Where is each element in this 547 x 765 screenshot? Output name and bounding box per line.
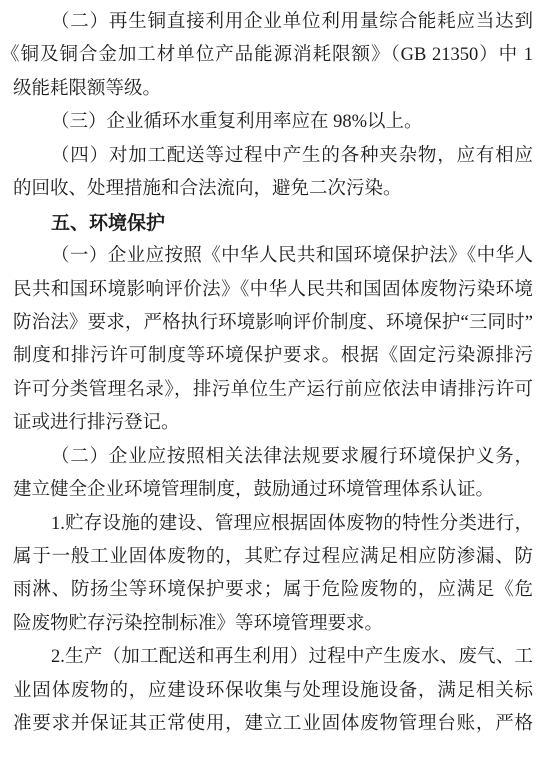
text-line: 1.贮存设施的建设、管理应根据固体废物的特性分类进行， bbox=[13, 508, 533, 541]
text-line: 制度和排污许可制度等环境保护要求。根据《固定污染源排污 bbox=[13, 340, 533, 373]
text-line: 级能耗限额等级。 bbox=[13, 73, 533, 106]
text-line: 业固体废物的，应建设环保收集与处理设施设备，满足相关标 bbox=[13, 675, 533, 708]
section-heading: 五、环境保护 bbox=[13, 207, 533, 240]
text-line: （四）对加工配送等过程中产生的各种夹杂物，应有相应 bbox=[13, 140, 533, 173]
text-line: 的回收、处理措施和合法流向，避免二次污染。 bbox=[13, 173, 533, 206]
text-line: 证或进行排污登记。 bbox=[13, 407, 533, 440]
text-line: 防治法》要求，严格执行环境影响评价制度、环境保护“三同时” bbox=[13, 307, 533, 340]
text-line: （二）再生铜直接利用企业单位利用量综合能耗应当达到 bbox=[13, 6, 533, 39]
text-line: 许可分类管理名录》，排污单位生产运行前应依法申请排污许可 bbox=[13, 374, 533, 407]
text-line: 属于一般工业固体废物的，其贮存过程应满足相应防渗漏、防 bbox=[13, 541, 533, 574]
text-line: 险废物贮存污染控制标准》等环境管理要求。 bbox=[13, 608, 533, 641]
text-line: （三）企业循环水重复利用率应在 98%以上。 bbox=[13, 106, 533, 139]
text-line: （一）企业应按照《中华人民共和国环境保护法》《中华人 bbox=[13, 240, 533, 273]
text-line: 雨淋、防扬尘等环境保护要求；属于危险废物的，应满足《危 bbox=[13, 574, 533, 607]
text-line: （二）企业应按照相关法律法规要求履行环境保护义务， bbox=[13, 441, 533, 474]
document-page: （二）再生铜直接利用企业单位利用量综合能耗应当达到 《铜及铜合金加工材单位产品能… bbox=[0, 0, 547, 765]
text-line: 民共和国环境影响评价法》《中华人民共和国固体废物污染环境 bbox=[13, 274, 533, 307]
text-line: 准要求并保证其正常使用，建立工业固体废物管理台账，严格 bbox=[13, 708, 533, 741]
text-line: 建立健全企业环境管理制度，鼓励通过环境管理体系认证。 bbox=[13, 474, 533, 507]
text-line: 《铜及铜合金加工材单位产品能源消耗限额》（GB 21350）中 1 bbox=[1, 39, 533, 72]
text-line: 2.生产（加工配送和再生利用）过程中产生废水、废气、工 bbox=[13, 641, 533, 674]
